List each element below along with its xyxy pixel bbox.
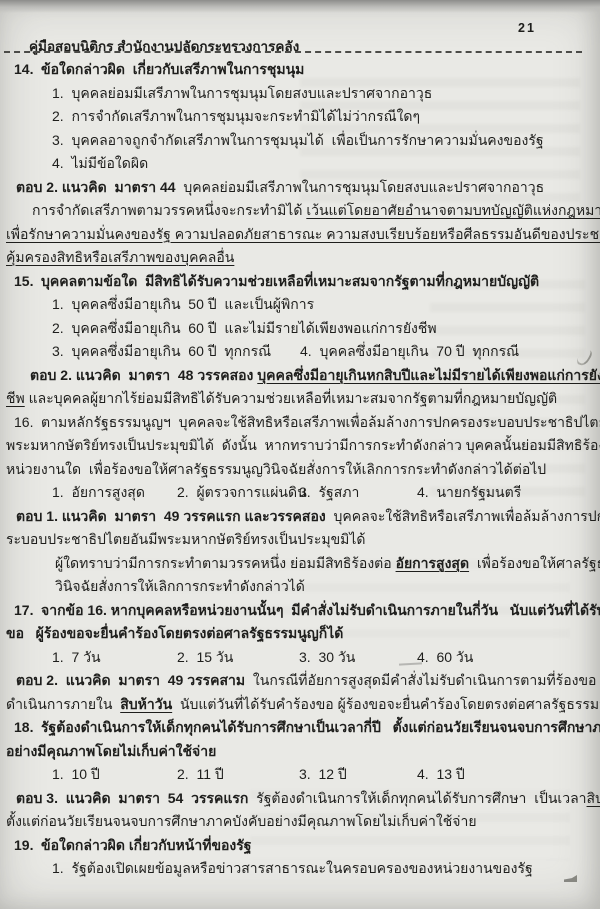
question-14-answer: ตอบ 2. แนวคิด มาตรา 44 บุคคลย่อมมีเสรีภา… [16, 176, 596, 200]
page-header: คู่มือสอบนิติกร สำนักงานปลัดกระทรวงการคล… [14, 20, 590, 40]
question-15-option-4: 4. บุคคลซึ่งมีอายุเกิน 70 ปี ทุกกรณี [300, 340, 519, 364]
question-number: 17. [14, 599, 41, 623]
question-14-option-2: 2. การจำกัดเสรีภาพในการชุมนุมจะกระทำมิได… [52, 105, 596, 129]
explanation-underlined: เพื่อรักษาความมั่นคงของรัฐ ความปลอดภัยสา… [6, 226, 600, 242]
answer-text: ดำเนินการภายใน [6, 696, 120, 712]
answer-underlined: บุคคลซึ่งมีอายุเกินหกสิบปีและไม่มีรายได้… [257, 367, 600, 383]
page-number: 21 [518, 21, 536, 35]
answer-underlined: สิบสองปี [587, 790, 600, 806]
question-17-answer: ตอบ 2. แนวคิด มาตรา 49 วรรคสาม ในกรณีที่… [16, 669, 596, 693]
header-separator-line [4, 51, 582, 53]
answer-lead: ตอบ 1. แนวคิด มาตรา 49 วรรคแรก และวรรคสอ… [16, 508, 326, 524]
question-16-title-line-2: พระมหากษัตริย์ทรงเป็นประมุขมิได้ ดังนั้น… [6, 434, 596, 458]
question-18-title-line-2: อย่างมีคุณภาพโดยไม่เก็บค่าใช้จ่าย [6, 740, 596, 764]
answer-text: บุคคลจะใช้สิทธิหรือเสรีภาพเพื่อล้มล้างกา… [326, 508, 600, 524]
question-18-answer-line-2: ตั้งแต่ก่อนวัยเรียนจนจบการศึกษาภาคบังคับ… [6, 810, 596, 834]
question-18-option-3: 3. 12 ปี [299, 763, 417, 787]
answer-text: ในกรณีที่อัยการสูงสุดมีคำสั่งไม่รับดำเนิ… [245, 672, 600, 688]
answer-text: นับแต่วันที่ได้รับคำร้องขอ ผู้ร้องขอจะยื… [172, 696, 600, 712]
question-17-title-line-2: ขอ ผู้ร้องขอจะยื่นคำร้องโดยตรงต่อศาลรัฐธ… [6, 622, 596, 646]
question-18-option-4: 4. 13 ปี [417, 763, 465, 787]
answer-lead: ตอบ 2. แนวคิด มาตรา 49 วรรคสาม [16, 672, 245, 688]
question-15-options-row: 3. บุคคลซึ่งมีอายุเกิน 60 ปี ทุกกรณี4. บ… [52, 340, 596, 364]
answer-text: ผู้ใดทราบว่ามีการกระทำตามวรรคหนึ่ง ย่อมม… [55, 555, 396, 571]
question-18-option-1: 1. 10 ปี [52, 763, 177, 787]
answer-lead: ตอบ 2. แนวคิด มาตรา 44 [16, 179, 176, 195]
answer-lead: ตอบ 2. แนวคิด มาตรา 48 วรรคสอง [30, 367, 257, 383]
question-14-title: 14.ข้อใดกล่าวผิด เกี่ยวกับเสรีภาพในการชุ… [6, 58, 596, 82]
answer-text: เพื่อร้องขอให้ศาลรัฐธรรมนูญ [469, 555, 600, 571]
explanation-text: การจำกัดเสรีภาพตามวรรคหนึ่งจะกระทำมิได้ [32, 202, 306, 218]
question-text: จากข้อ 16. หากบุคคลหรือหน่วยงานนั้นๆ มีค… [41, 602, 600, 618]
question-text: รัฐต้องดำเนินการให้เด็กทุกคนได้รับการศึก… [41, 719, 600, 735]
answer-text: และบุคคลผู้ยากไร้ย่อมมีสิทธิได้รับความช่… [25, 390, 557, 406]
question-17-title: 17.จากข้อ 16. หากบุคคลหรือหน่วยงานนั้นๆ … [6, 599, 596, 623]
question-number: 18. [14, 716, 41, 740]
answer-text: บุคคลย่อมมีเสรีภาพในการชุมนุมโดยสงบและปร… [176, 179, 545, 195]
question-14-explanation-1: การจำกัดเสรีภาพตามวรรคหนึ่งจะกระทำมิได้ … [32, 199, 596, 223]
question-16-title-line-3: หน่วยงานใด เพื่อร้องขอให้ศาลรัฐธรรมนูญวิ… [6, 458, 596, 482]
question-18-title: 18.รัฐต้องดำเนินการให้เด็กทุกคนได้รับการ… [6, 716, 596, 740]
question-15-answer-continued: ชีพ และบุคคลผู้ยากไร้ย่อมมีสิทธิได้รับคว… [6, 387, 596, 411]
question-15-answer: ตอบ 2. แนวคิด มาตรา 48 วรรคสอง บุคคลซึ่ง… [30, 364, 596, 388]
question-number: 14. [14, 58, 41, 82]
question-14-option-1: 1. บุคคลย่อมมีเสรีภาพในการชุมนุมโดยสงบแล… [52, 82, 596, 106]
question-15-title: 15.บุคคลตามข้อใด มีสิทธิได้รับความช่วยเห… [6, 270, 596, 294]
question-number: 15. [14, 270, 41, 294]
question-14-explanation-3: คุ้มครองสิทธิหรือเสรีภาพของบุคคลอื่น [6, 246, 596, 270]
explanation-underlined: เว้นแต่โดยอาศัยอำนาจตามบทบัญญัติแห่งกฎหม… [306, 202, 600, 218]
answer-text: รัฐต้องดำเนินการให้เด็กทุกคนได้รับการศึก… [248, 790, 586, 806]
question-16-option-3: 3. รัฐสภา [299, 481, 417, 505]
question-16-option-1: 1. อัยการสูงสุด [52, 481, 177, 505]
scanned-document-page: คู่มือสอบนิติกร สำนักงานปลัดกระทรวงการคล… [0, 0, 600, 909]
answer-lead: ตอบ 3. แนวคิด มาตรา 54 วรรคแรก [16, 790, 248, 806]
question-17-options-row: 1. 7 วัน2. 15 วัน3. 30 วัน4. 60 วัน [52, 646, 596, 670]
answer-underlined: อัยการสูงสุด [396, 555, 470, 571]
question-15-option-1: 1. บุคคลซึ่งมีอายุเกิน 50 ปี และเป็นผู้พ… [52, 293, 596, 317]
question-17-option-2: 2. 15 วัน [177, 646, 299, 670]
question-text: ข้อใดกล่าวผิด เกี่ยวกับเสรีภาพในการชุมนุ… [41, 61, 304, 77]
explanation-underlined: คุ้มครองสิทธิหรือเสรีภาพของบุคคลอื่น [6, 249, 234, 265]
question-number: 16. [14, 411, 41, 435]
question-15-option-3: 3. บุคคลซึ่งมีอายุเกิน 60 ปี ทุกกรณี [52, 340, 300, 364]
question-text: บุคคลตามข้อใด มีสิทธิได้รับความช่วยเหลือ… [41, 273, 539, 289]
question-16-option-4: 4. นายกรัฐมนตรี [417, 481, 521, 505]
question-14-explanation-2: เพื่อรักษาความมั่นคงของรัฐ ความปลอดภัยสา… [6, 223, 596, 247]
question-19-title: 19.ข้อใดกล่าวผิด เกี่ยวกับหน้าที่ของรัฐ [6, 834, 596, 858]
question-number: 19. [14, 834, 41, 858]
question-16-answer-line-2: ระบอบประชาธิปไตยอันมีพระมหากษัตริย์ทรงเป… [6, 528, 596, 552]
question-text: ข้อใดกล่าวผิด เกี่ยวกับหน้าที่ของรัฐ [41, 837, 252, 853]
question-19-option-1: 1. รัฐต้องเปิดเผยข้อมูลหรือข่าวสารสาธารณ… [52, 857, 596, 881]
question-16-answer-line-4: วินิจฉัยสั่งการให้เลิกการกระทำดังกล่าวได… [55, 575, 596, 599]
question-16-option-2: 2. ผู้ตรวจการแผ่นดิน [177, 481, 299, 505]
question-16-answer-line-3: ผู้ใดทราบว่ามีการกระทำตามวรรคหนึ่ง ย่อมม… [55, 552, 596, 576]
question-17-option-1: 1. 7 วัน [52, 646, 177, 670]
scan-edge-shadow [0, 0, 600, 13]
question-14-option-4: 4. ไม่มีข้อใดผิด [52, 152, 596, 176]
question-18-options-row: 1. 10 ปี2. 11 ปี3. 12 ปี4. 13 ปี [52, 763, 596, 787]
question-16-title: 16.ตามหลักรัฐธรรมนูญฯ บุคคลจะใช้สิทธิหรื… [6, 411, 596, 435]
question-17-answer-line-2: ดำเนินการภายใน สิบห้าวัน นับแต่วันที่ได้… [6, 693, 596, 717]
question-18-answer: ตอบ 3. แนวคิด มาตรา 54 วรรคแรก รัฐต้องดำ… [16, 787, 596, 811]
answer-underlined: สิบห้าวัน [120, 696, 172, 712]
page-body: 14.ข้อใดกล่าวผิด เกี่ยวกับเสรีภาพในการชุ… [6, 58, 596, 881]
answer-underlined: ชีพ [6, 390, 25, 406]
question-16-options-row: 1. อัยการสูงสุด2. ผู้ตรวจการแผ่นดิน3. รั… [52, 481, 596, 505]
question-16-answer: ตอบ 1. แนวคิด มาตรา 49 วรรคแรก และวรรคสอ… [16, 505, 596, 529]
question-15-option-2: 2. บุคคลซึ่งมีอายุเกิน 60 ปี และไม่มีราย… [52, 317, 596, 341]
question-14-option-3: 3. บุคคลอาจถูกจำกัดเสรีภาพในการชุมนุมได้… [52, 129, 596, 153]
question-18-option-2: 2. 11 ปี [177, 763, 299, 787]
question-text: ตามหลักรัฐธรรมนูญฯ บุคคลจะใช้สิทธิหรือเส… [41, 414, 600, 430]
question-17-option-4: 4. 60 วัน [417, 646, 473, 670]
